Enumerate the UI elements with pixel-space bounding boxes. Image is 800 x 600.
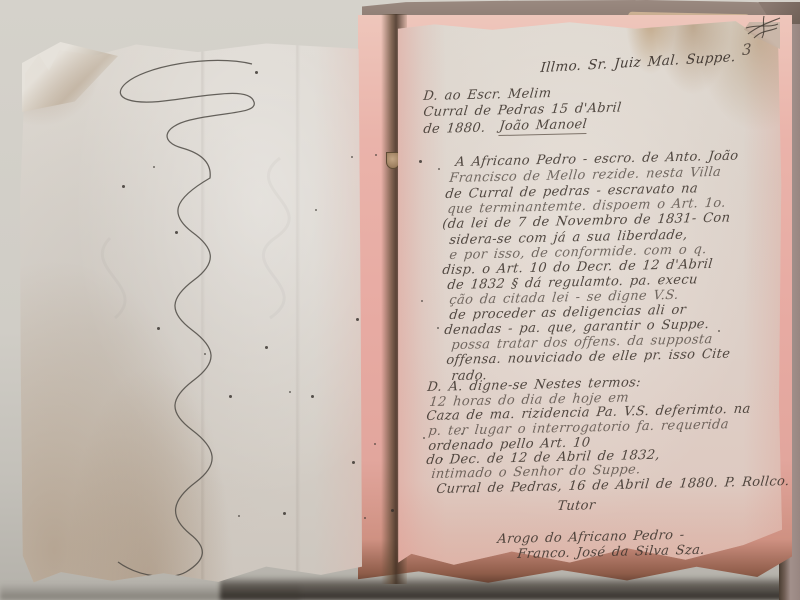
ink-speck xyxy=(351,156,353,158)
ink-speck xyxy=(441,458,443,460)
ink-speck xyxy=(375,154,377,156)
ink-speck xyxy=(356,318,359,321)
ink-speck xyxy=(238,515,240,517)
ink-speck xyxy=(204,353,206,355)
ink-speck xyxy=(437,327,439,329)
ink-speck xyxy=(364,517,366,519)
ink-speck xyxy=(419,160,422,163)
ink-speck xyxy=(122,185,125,188)
ink-speck xyxy=(461,433,463,435)
ink-speck xyxy=(311,395,314,398)
ink-speck xyxy=(421,300,423,302)
ink-speck xyxy=(175,231,178,234)
manuscript-photo: 3 Illmo. Sr. Juiz Mal. Suppe. D. ao Escr… xyxy=(0,0,800,600)
ink-specks xyxy=(0,0,800,600)
ink-speck xyxy=(352,461,355,464)
ink-speck xyxy=(315,209,317,211)
ink-speck xyxy=(265,346,268,349)
ink-speck xyxy=(229,395,232,398)
ink-speck xyxy=(423,437,425,439)
ink-speck xyxy=(438,168,440,170)
ink-speck xyxy=(255,71,258,74)
ink-speck xyxy=(391,509,394,512)
ink-speck xyxy=(289,391,291,393)
ink-speck xyxy=(374,443,376,445)
ink-speck xyxy=(283,512,286,515)
ink-speck xyxy=(153,166,155,168)
ink-speck xyxy=(718,330,720,332)
ink-speck xyxy=(157,327,160,330)
